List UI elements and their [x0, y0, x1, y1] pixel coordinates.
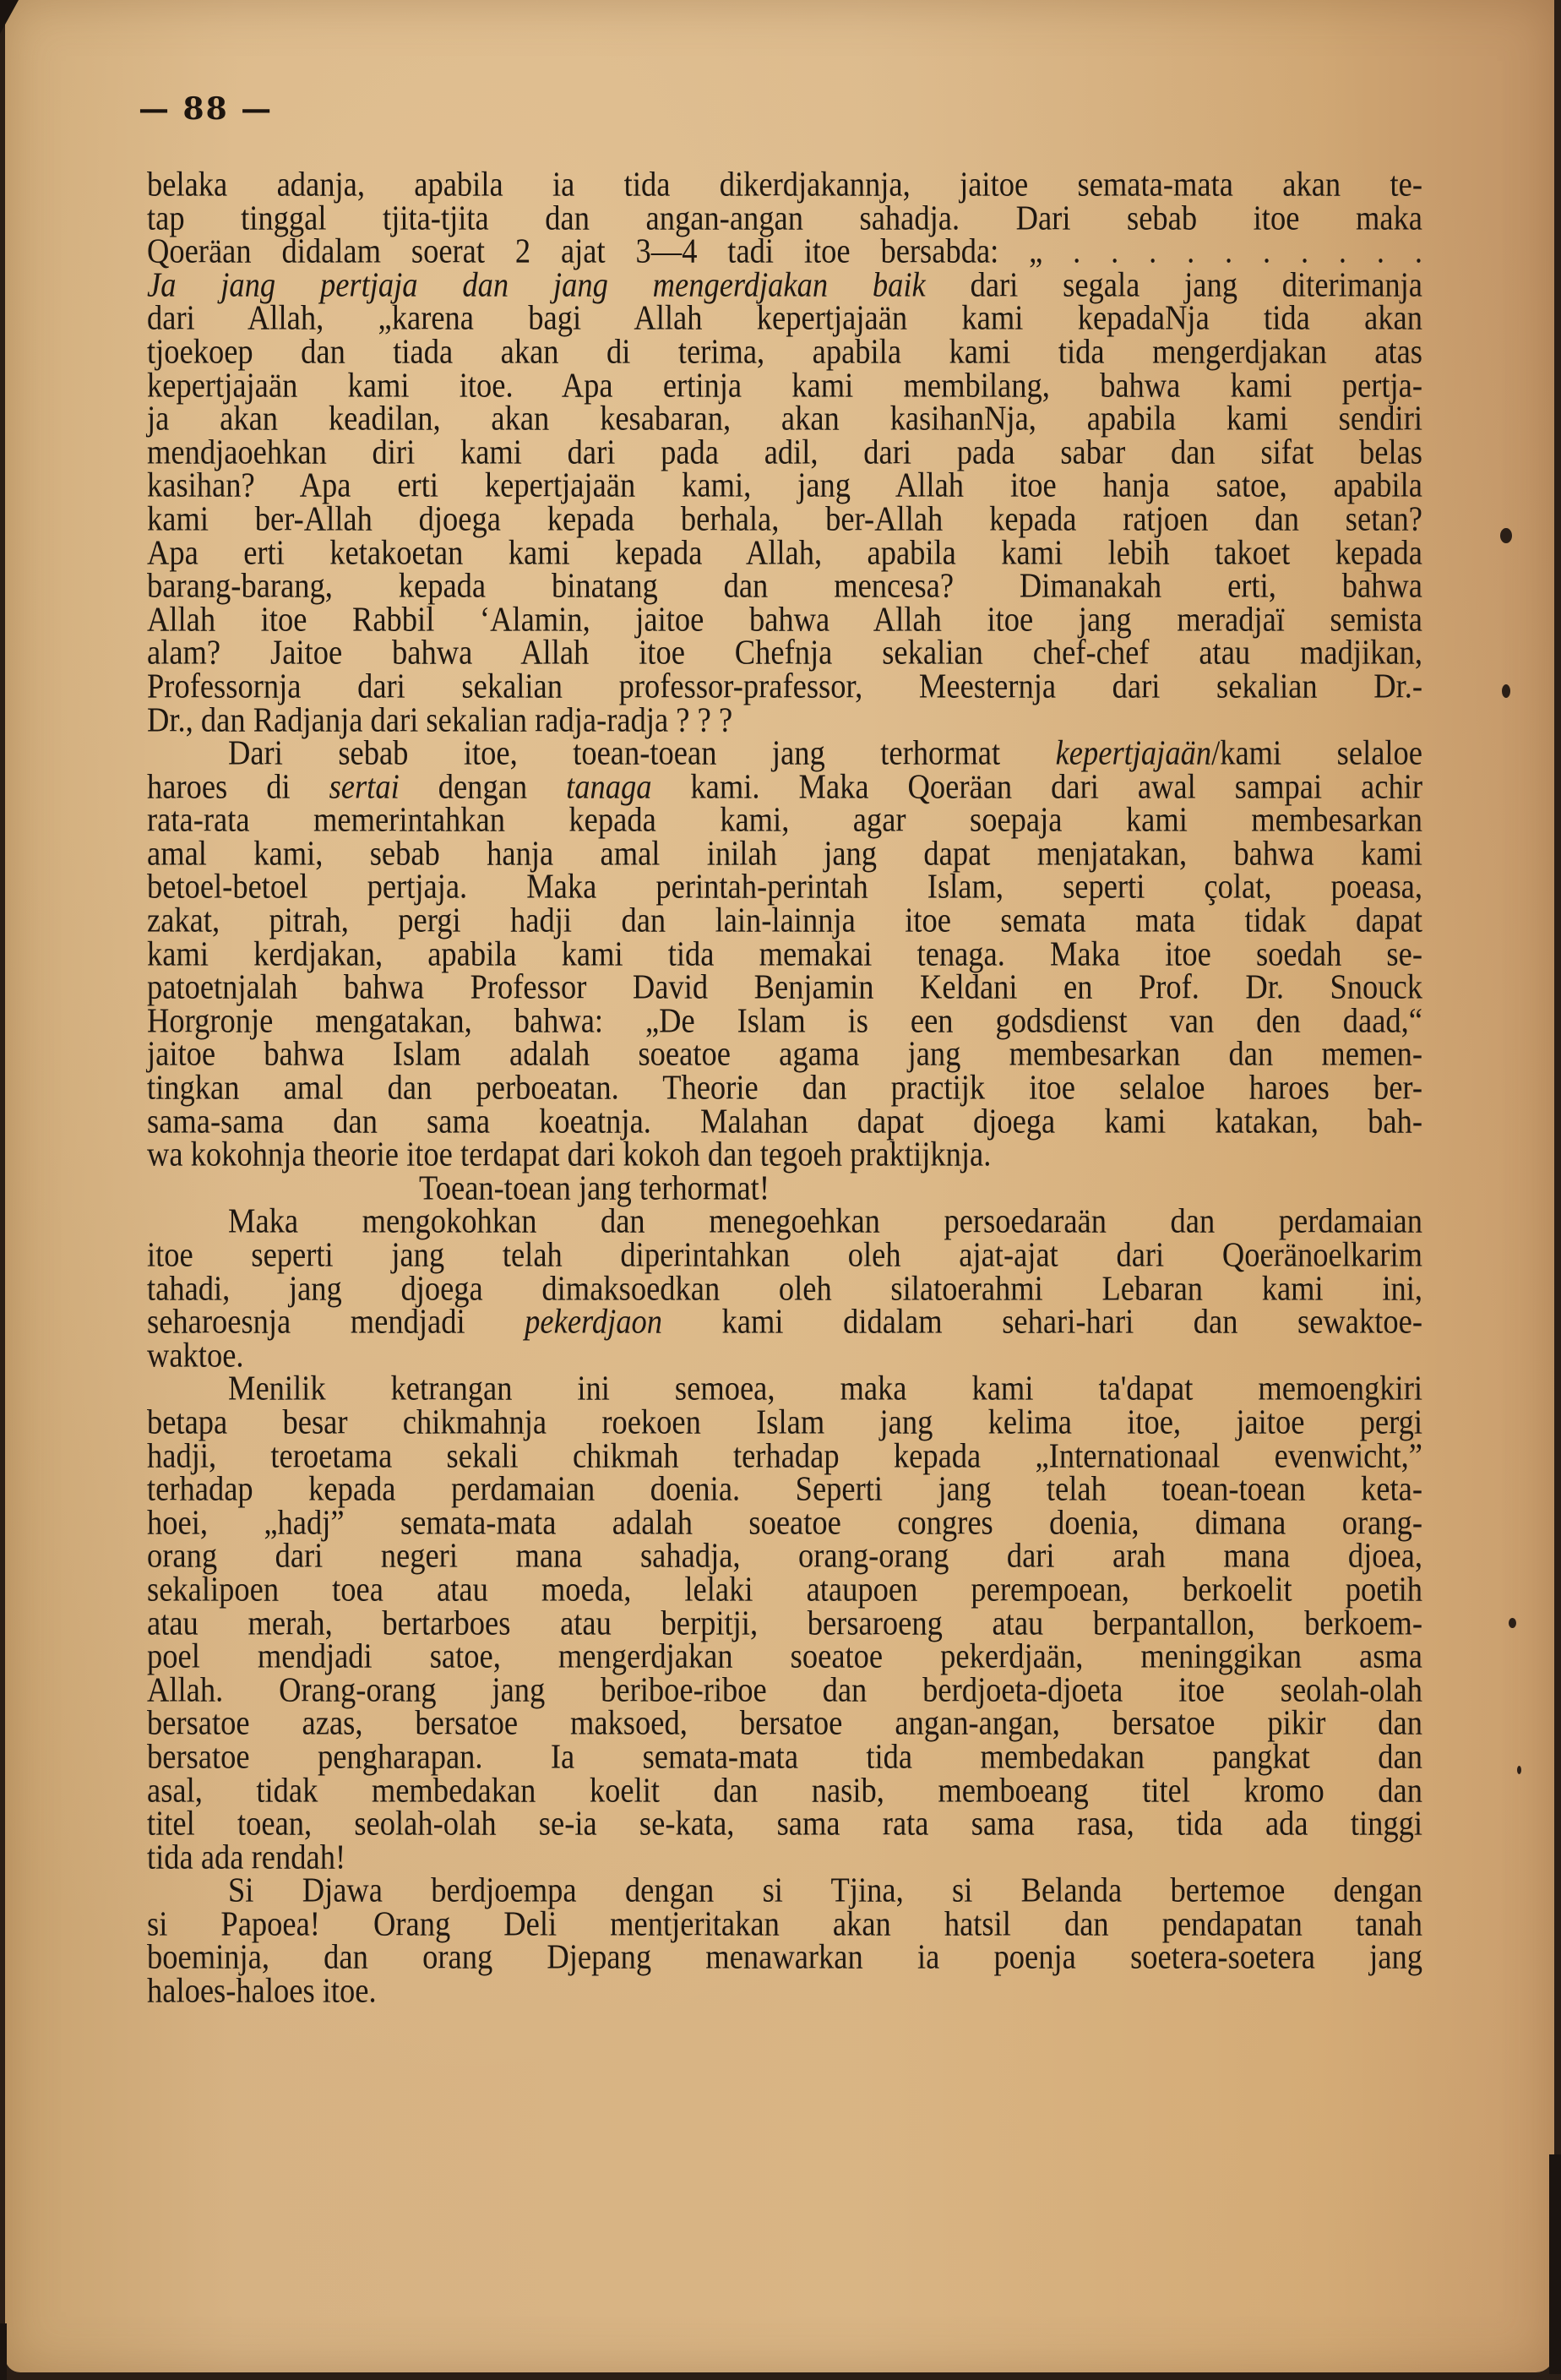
text-line: barang-barang, kepada binatang dan mence…: [147, 567, 1422, 604]
text-line: sekalipoen toea atau moeda, lelaki ataup…: [147, 1571, 1422, 1608]
ink-spot: [1500, 528, 1512, 543]
text-line: titel toean, seolah-olah se-ia se-kata, …: [147, 1805, 1422, 1842]
text-line: tjoekoep dan tiada akan di terima, apabi…: [147, 333, 1422, 370]
ink-spot: [1502, 684, 1510, 698]
text-line: Qoeräan didalam soerat 2 ajat 3—4 tadi i…: [147, 232, 1422, 270]
ink-spot: [1509, 1618, 1516, 1628]
text-line: bersatoe pengharapan. Ia semata-mata tid…: [147, 1738, 1422, 1775]
text-line: haloes-haloes itoe.: [147, 1972, 1422, 2009]
text-line: wa kokohnja theorie itoe terdapat dari k…: [147, 1136, 1422, 1173]
text-line: zakat, pitrah, pergi hadji dan lain-lain…: [147, 901, 1422, 939]
text-line: Dari sebab itoe, toean-toean jang terhor…: [147, 734, 1422, 771]
page-edge-shadow: [1549, 2154, 1561, 2374]
text-line: Professornja dari sekalian professor-pra…: [147, 667, 1422, 705]
text-line: kami ber-Allah djoega kepada berhala, be…: [147, 500, 1422, 537]
page-corner-shadow: [0, 0, 19, 34]
text-line: seharoesnja mendjadi pekerdjaon kami did…: [147, 1303, 1422, 1340]
text-line: itoe seperti jang telah diperintahkan ol…: [147, 1236, 1422, 1273]
text-line: tingkan amal dan perboeatan. Theorie dan…: [147, 1069, 1422, 1106]
text-line: ja akan keadilan, akan kesabaran, akan k…: [147, 400, 1422, 437]
text-segment: kami didalam sehari-hari dan sewaktoe-: [662, 1302, 1422, 1341]
text-line: belaka adanja, apabila ia tida dikerdjak…: [147, 166, 1422, 203]
scanned-page: — 88 — belaka adanja, apabila ia tida di…: [5, 0, 1554, 2372]
text-line: betapa besar chikmahnja roekoen Islam ja…: [147, 1403, 1422, 1441]
page-number: — 88 —: [139, 91, 273, 127]
body-text: belaka adanja, apabila ia tida dikerdjak…: [147, 167, 1422, 2007]
text-line: poel mendjadi satoe, mengerdjakan soeato…: [147, 1637, 1422, 1675]
italic-phrase: pekerdjaon: [525, 1302, 662, 1341]
ink-spot: [1517, 1766, 1521, 1774]
text-line: terhadap kepada perdamaian doenia. Seper…: [147, 1470, 1422, 1507]
page-edge-shadow: [0, 2323, 7, 2380]
